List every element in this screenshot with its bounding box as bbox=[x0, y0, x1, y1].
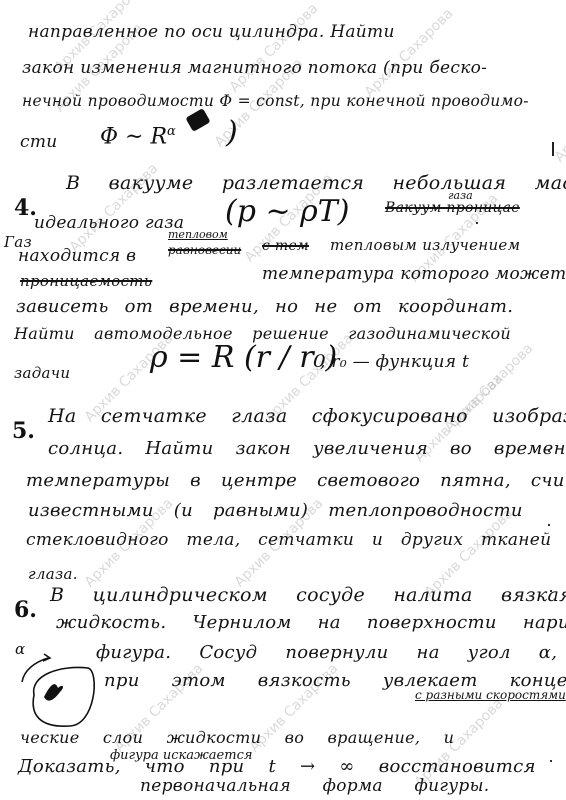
scanned-page: Архив СахароваАрхив СахароваАрхив Сахаро… bbox=[0, 0, 566, 800]
problem-5-line-6: глаза. bbox=[28, 565, 78, 583]
problem-4-line-1: В вакууме разлетается небольшая масса bbox=[66, 172, 566, 194]
scan-dot bbox=[550, 760, 552, 762]
flux-formula-exponent: α bbox=[167, 124, 176, 139]
problem-6-number: 6. bbox=[14, 597, 37, 623]
problem-4-line-7: задачи bbox=[14, 364, 70, 382]
problem-4-struck-text: Вакуум проницае bbox=[385, 200, 520, 216]
problem-6-line-2: жидкость. Чернилом на поверхности нарисо… bbox=[56, 612, 566, 633]
problem-6-line-3: фигура. Сосуд повернули на угол α, bbox=[96, 642, 557, 663]
problem-4-solution-note: , r₀ — функция t bbox=[320, 352, 469, 372]
scan-dot bbox=[548, 524, 550, 526]
struck-word: с тем bbox=[262, 238, 309, 254]
problem-6-line-7: первоначальная форма фигуры. bbox=[140, 776, 489, 796]
problem-5-line-2: солнца. Найти закон увеличения во времен… bbox=[48, 438, 566, 459]
problem-5-line-1: На сетчатке глаза сфокусировано изображе… bbox=[48, 405, 566, 427]
problem-4-state-equation: (p ~ ρT) bbox=[225, 194, 349, 229]
margin-mark bbox=[552, 142, 554, 156]
problem-4-line-5: зависеть от времени, но не от координат. bbox=[16, 296, 513, 317]
problem-4-insert-equilibrium: равновесии bbox=[168, 243, 241, 257]
problem-4-line-4: температура которого может, bbox=[262, 264, 566, 284]
closing-paren: ) bbox=[226, 115, 238, 150]
continuation-line-3: нечной проводимости Φ = const, при конеч… bbox=[22, 92, 529, 110]
scan-dot bbox=[550, 590, 552, 592]
continuation-line-1: направленное по оси цилиндра. Найти bbox=[28, 22, 395, 42]
problem-4-insert-thermal: тепловом bbox=[168, 228, 228, 241]
problem-4-struck-line: проницаемость bbox=[20, 272, 152, 290]
problem-4-line-2: идеального газа bbox=[34, 213, 184, 233]
scan-dot bbox=[476, 222, 478, 224]
problem-4-line-3-struck: с тем bbox=[262, 238, 309, 254]
continuation-line-4-prefix: сти bbox=[20, 132, 58, 152]
problem-4-line-3-rest: тепловым излучением bbox=[330, 236, 520, 254]
watermark-text: Архив Сахарова bbox=[227, 1, 322, 96]
diagram-angle-label: α bbox=[15, 640, 25, 658]
problem-5-line-4: известными (и равными) теплопроводности bbox=[28, 500, 523, 521]
problem-5-line-5: стекловидного тела, сетчатки и других тк… bbox=[26, 530, 551, 550]
watermark-text: Архив Сахарова bbox=[362, 6, 457, 101]
scan-dot bbox=[546, 276, 548, 278]
continuation-line-2: закон изменения магнитного потока (при б… bbox=[22, 58, 487, 78]
problem-4-line-3: находится в bbox=[18, 246, 136, 266]
problem-4-solution: ρ = R (r / r₀) bbox=[150, 340, 337, 375]
ink-blot bbox=[185, 108, 210, 132]
scan-dot bbox=[548, 450, 550, 452]
problem-5-line-3: температуры в центре светового пятна, сч… bbox=[26, 470, 566, 491]
problem-6-line-1: В цилиндрическом сосуде налита вязкая bbox=[50, 584, 566, 606]
flux-formula: Φ ~ Rα bbox=[100, 124, 176, 149]
flux-formula-base: Φ ~ R bbox=[100, 124, 167, 149]
problem-6-line-6: Доказать, что при t → ∞ восстановится bbox=[18, 756, 536, 777]
problem-5-number: 5. bbox=[12, 418, 35, 444]
problem-6-insert-speeds: с разными скоростями bbox=[415, 688, 566, 702]
